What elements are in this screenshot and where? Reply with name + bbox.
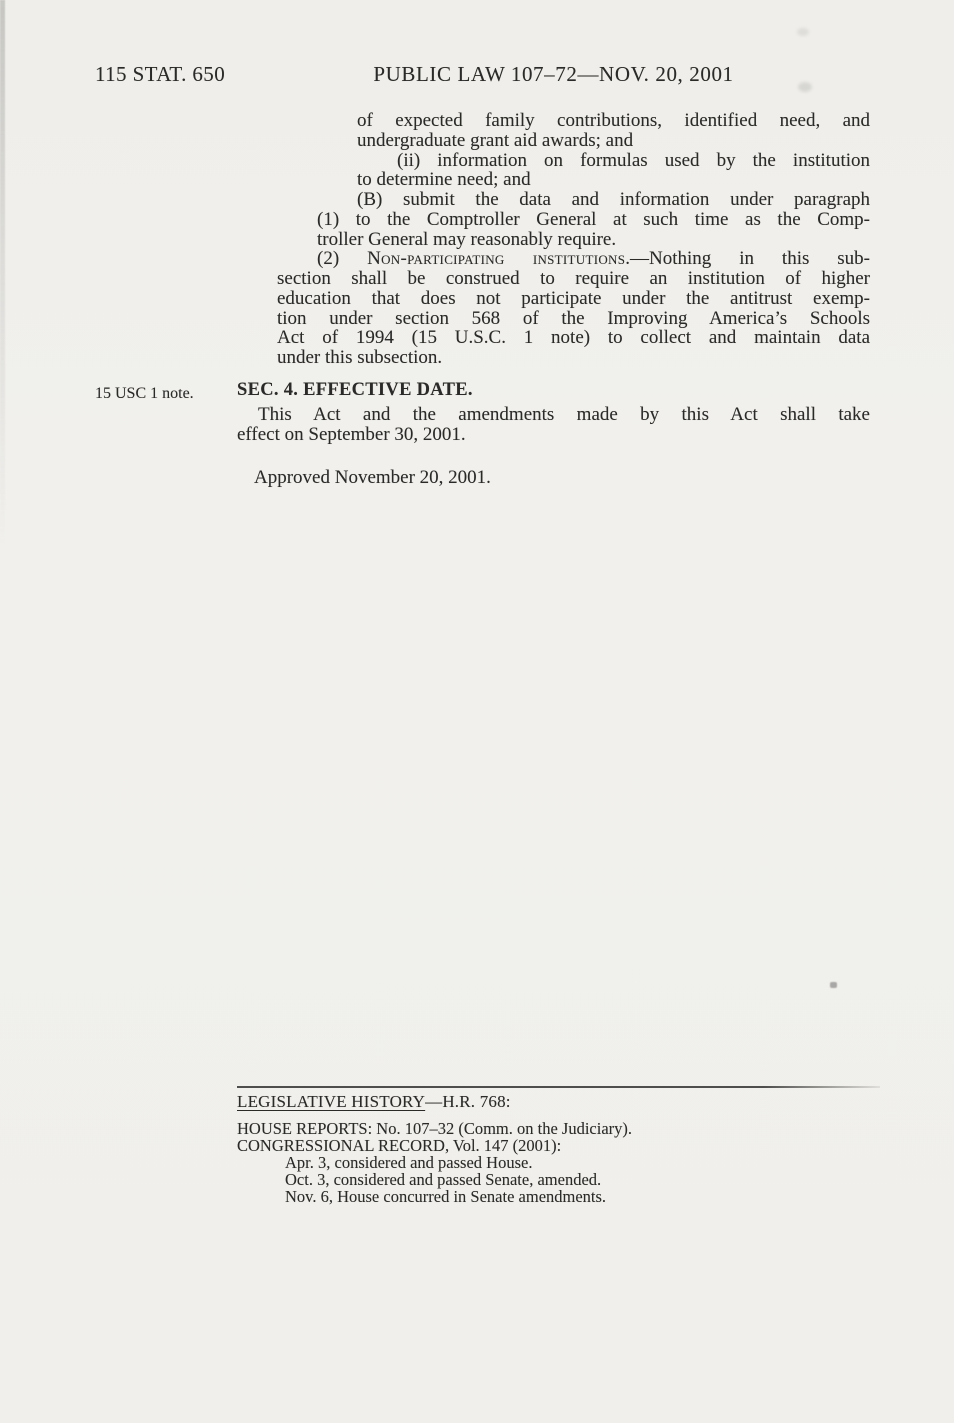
body-text: under this subsection. (277, 347, 442, 368)
scanned-statute-page: 115 STAT. 650 PUBLIC LAW 107–72—NOV. 20,… (0, 0, 954, 1423)
body-text: Act of 1994 (15 U.S.C. 1 note) to collec… (277, 327, 870, 348)
legislative-history-title-underlined: LEGISLATIVE HISTORY (237, 1092, 425, 1111)
approval-line: Approved November 20, 2001. (254, 467, 491, 489)
scan-edge-artifact (0, 0, 5, 545)
section-body-line: This Act and the amendments made by this… (237, 405, 870, 425)
body-text: of expected family contributions, identi… (357, 110, 870, 131)
body-text: to determine need; and (357, 169, 531, 190)
legislative-history-block: LEGISLATIVE HISTORY—H.R. 768: HOUSE REPO… (237, 1086, 880, 1205)
legislative-history-entry: HOUSE REPORTS: No. 107–32 (Comm. on the … (237, 1120, 880, 1137)
body-text: (B) submit the data and information unde… (357, 189, 870, 210)
body-line: section shall be construed to require an… (277, 269, 870, 289)
page-number-stat-label: 115 STAT. 650 (95, 62, 225, 87)
legislative-history-bill-number: —H.R. 768: (425, 1092, 511, 1111)
body-text: .—Nothing in this sub- (625, 248, 870, 269)
body-line: troller General may reasonably require. (317, 230, 870, 250)
body-line: (1) to the Comptroller General at such t… (317, 210, 870, 230)
body-line: under this subsection. (277, 348, 870, 368)
body-line: (B) submit the data and information unde… (357, 190, 870, 210)
legislative-history-title: LEGISLATIVE HISTORY—H.R. 768: (237, 1093, 880, 1111)
body-line: of expected family contributions, identi… (357, 111, 870, 131)
body-text: (2) (317, 248, 367, 269)
body-line: education that does not participate unde… (277, 289, 870, 309)
body-line: Act of 1994 (15 U.S.C. 1 note) to collec… (277, 328, 870, 348)
body-text: troller General may reasonably require. (317, 229, 616, 250)
body-text: undergraduate grant aid awards; and (357, 130, 633, 151)
body-text: tion under section 568 of the Improving … (277, 308, 870, 329)
section-body: This Act and the amendments made by this… (237, 405, 870, 445)
body-text: education that does not participate unde… (277, 288, 870, 309)
body-text: (ii) information on formulas used by the… (397, 150, 870, 171)
section-heading: SEC. 4. EFFECTIVE DATE. (237, 380, 473, 401)
body-line: tion under section 568 of the Improving … (277, 309, 870, 329)
scan-speck (830, 982, 837, 988)
margin-note-usc-citation: 15 USC 1 note. (95, 385, 194, 403)
body-text: section shall be construed to require an… (277, 268, 870, 289)
body-line: (ii) information on formulas used by the… (397, 151, 870, 171)
small-caps-text: Non-participating institutions (367, 248, 625, 269)
scan-smudge (797, 28, 809, 36)
body-text: (1) to the Comptroller General at such t… (317, 209, 870, 230)
body-line: to determine need; and (357, 170, 870, 190)
body-line: undergraduate grant aid awards; and (357, 131, 870, 151)
legislative-history-entry: Apr. 3, considered and passed House. (285, 1154, 880, 1171)
running-head-law-title: PUBLIC LAW 107–72—NOV. 20, 2001 (237, 62, 870, 87)
horizontal-rule (237, 1086, 880, 1088)
legislative-history-entry: Oct. 3, considered and passed Senate, am… (285, 1171, 880, 1188)
body-line: (2) Non-participating institutions.—Noth… (317, 249, 870, 269)
legislative-history-entry: CONGRESSIONAL RECORD, Vol. 147 (2001): (237, 1137, 880, 1154)
section-body-line: effect on September 30, 2001. (237, 425, 870, 445)
body-lines: of expected family contributions, identi… (237, 111, 870, 368)
legislative-history-entry: Nov. 6, House concurred in Senate amendm… (285, 1188, 880, 1205)
